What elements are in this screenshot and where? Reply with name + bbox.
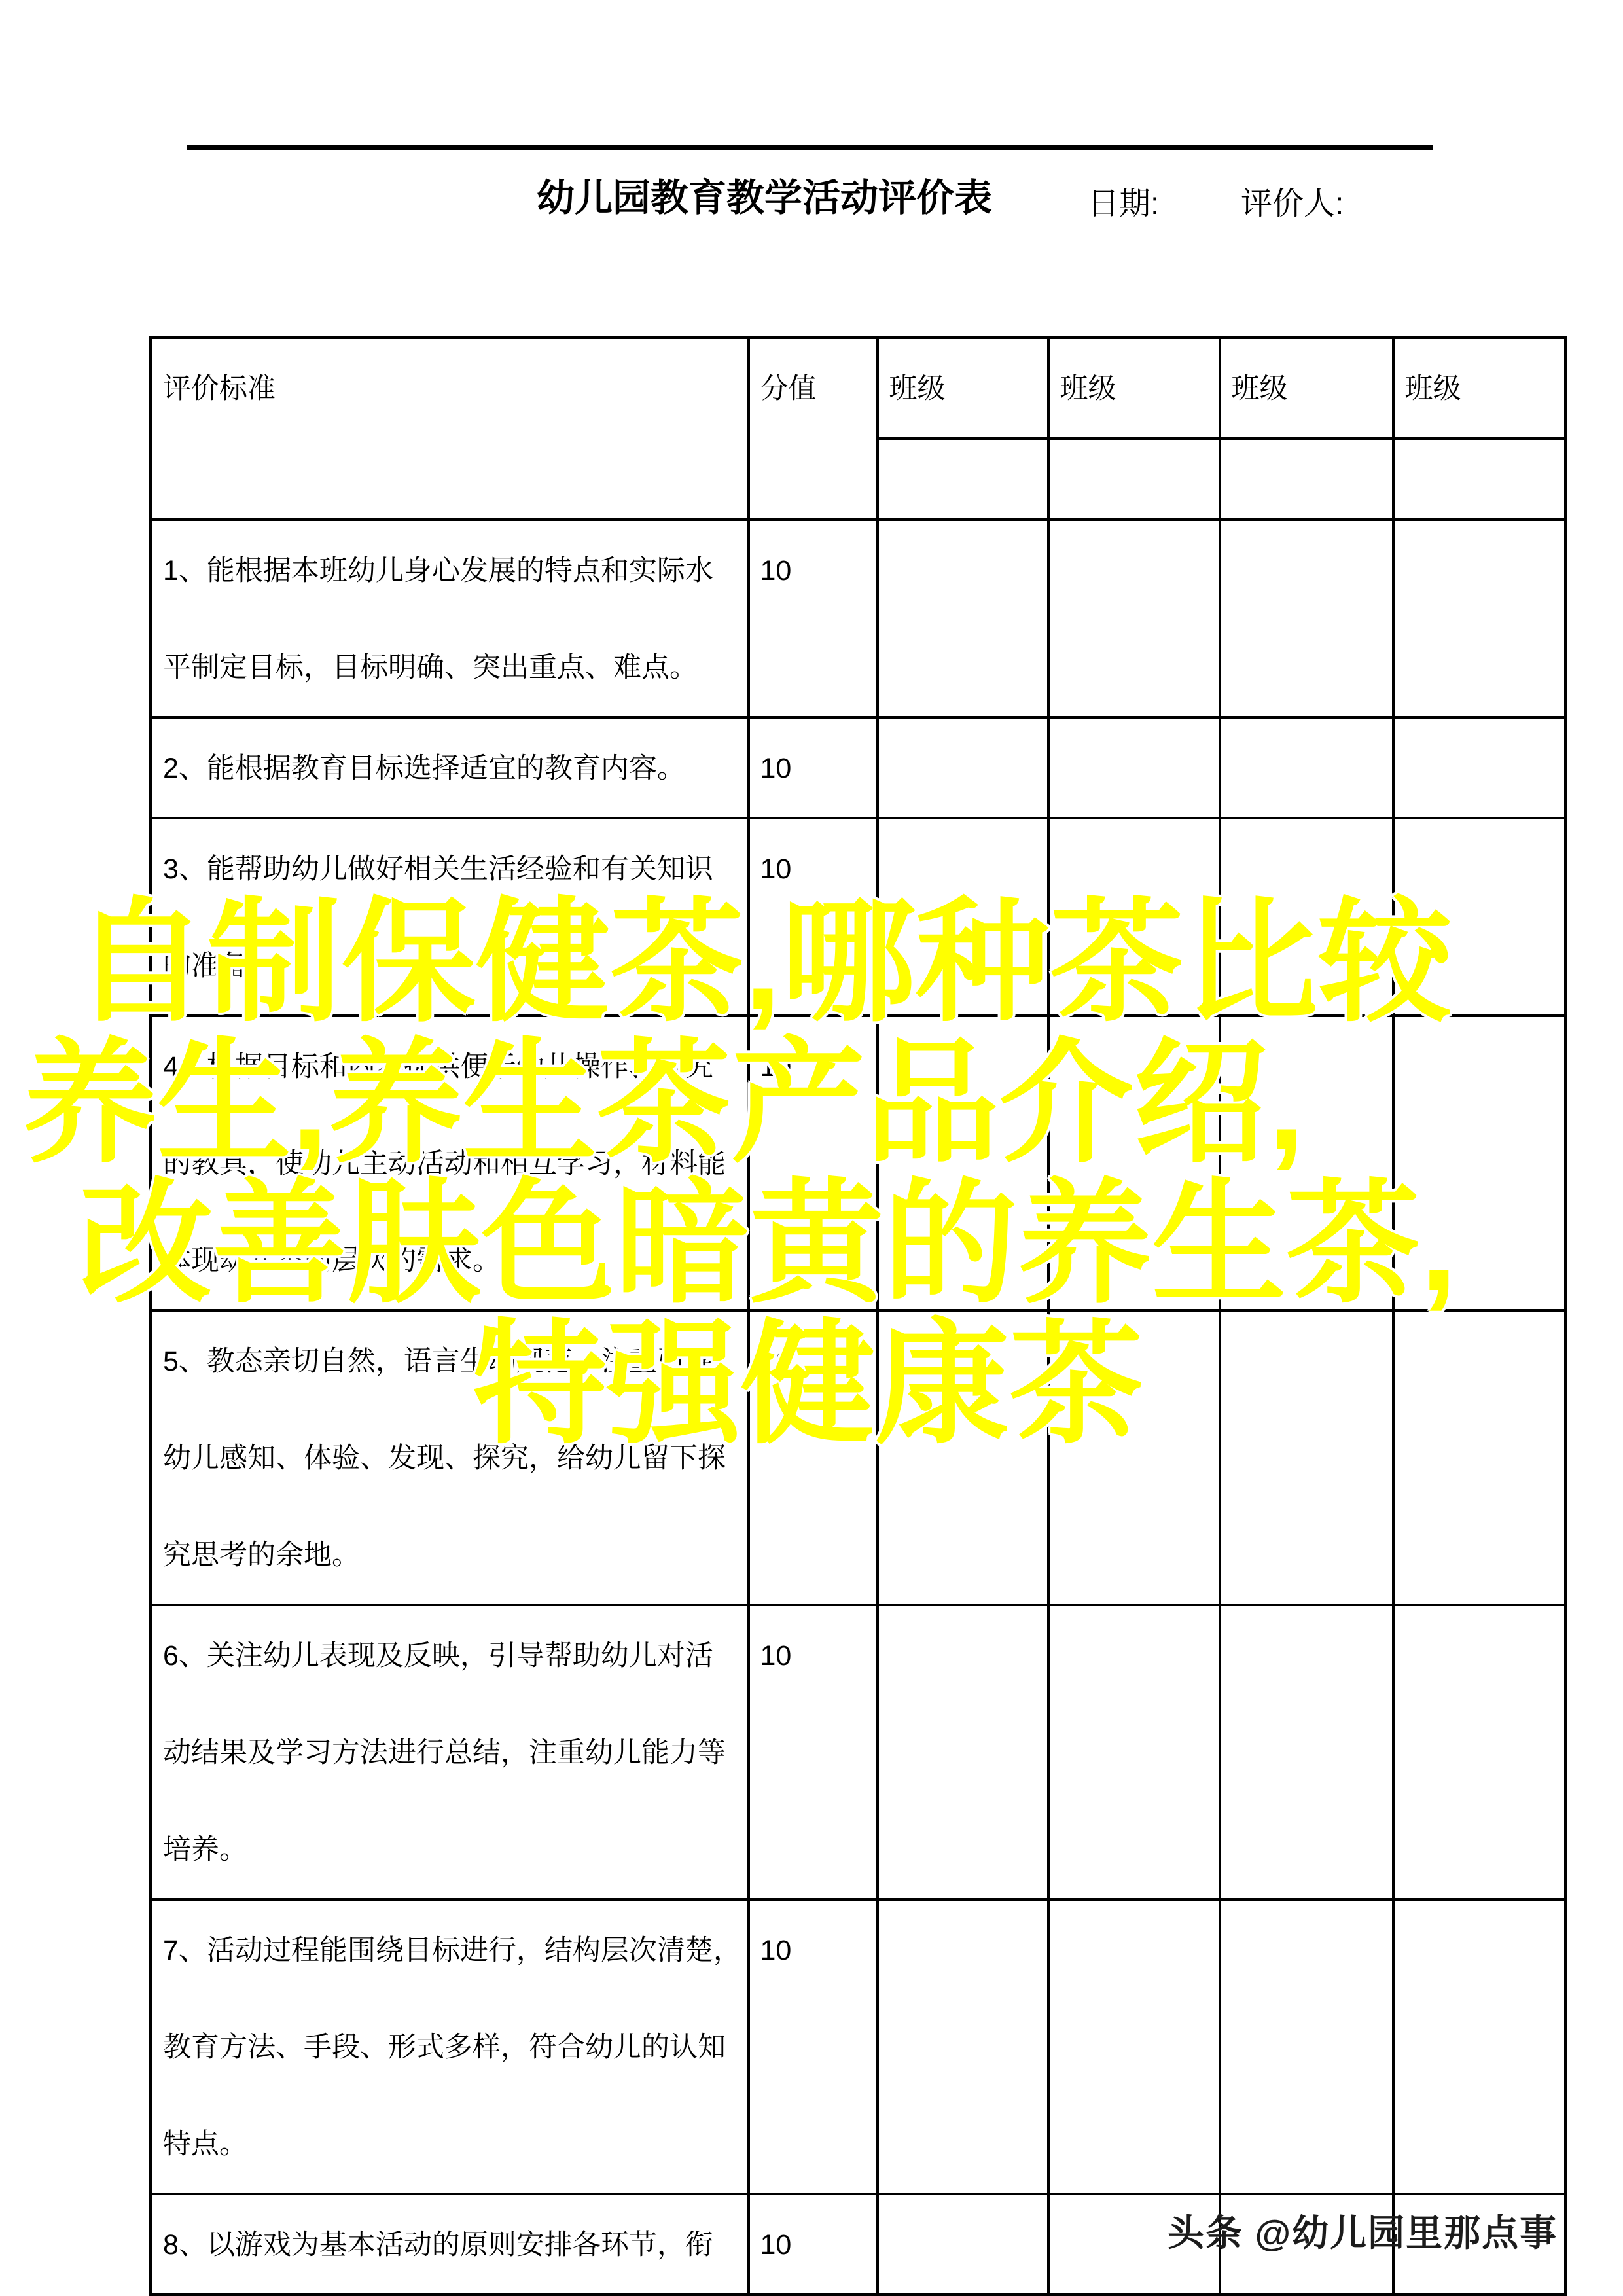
- document-page: 幼儿园教育教学活动评价表 日期: 评价人: 评价标准 分值 班级 班级 班级 班…: [0, 0, 1623, 2296]
- score-cell: 10: [749, 2194, 878, 2295]
- class-score-cell: [878, 520, 1048, 717]
- criteria-cell: 7、活动过程能围绕目标进行，结构层次清楚， 教育方法、手段、形式多样，符合幼儿的…: [151, 1899, 749, 2194]
- class-score-cell: [1393, 1605, 1566, 1899]
- score-cell: 10: [749, 1899, 878, 2194]
- criteria-cell: 5、教态亲切自然，语言生动规范，注重引导 幼儿感知、体验、发现、探究，给幼儿留下…: [151, 1310, 749, 1605]
- header-class-2: 班级: [1048, 338, 1220, 439]
- class-score-cell: [1393, 1310, 1566, 1605]
- class-score-cell: [878, 1899, 1048, 2194]
- table-row: 1、能根据本班幼儿身心发展的特点和实际水 平制定目标，目标明确、突出重点、难点。…: [151, 520, 1566, 717]
- class-score-cell: [1393, 717, 1566, 818]
- class-score-cell: [1048, 1605, 1220, 1899]
- class-score-cell: [1220, 717, 1393, 818]
- criteria-cell: 8、以游戏为基本活动的原则安排各环节，衔: [151, 2194, 749, 2295]
- score-cell: 10: [749, 818, 878, 1016]
- class-score-cell: [1048, 1016, 1220, 1310]
- page-title: 幼儿园教育教学活动评价表: [537, 179, 992, 217]
- source-credit: 头条 @幼儿园里那点事: [1168, 2204, 1558, 2257]
- class-score-cell: [1048, 1310, 1220, 1605]
- class-score-cell: [878, 1310, 1048, 1605]
- criteria-cell: 6、关注幼儿表现及反映，引导帮助幼儿对活 动结果及学习方法进行总结，注重幼儿能力…: [151, 1605, 749, 1899]
- class-score-cell: [1220, 520, 1393, 717]
- table-row: 2、能根据教育目标选择适宜的教育内容。 10: [151, 717, 1566, 818]
- criteria-cell: 1、能根据本班幼儿身心发展的特点和实际水 平制定目标，目标明确、突出重点、难点。: [151, 520, 749, 717]
- class-score-cell: [1393, 520, 1566, 717]
- class-score-cell: [1393, 1899, 1566, 2194]
- evaluator-label: 评价人:: [1241, 188, 1344, 220]
- class-score-cell: [878, 818, 1048, 1016]
- table-row: 5、教态亲切自然，语言生动规范，注重引导 幼儿感知、体验、发现、探究，给幼儿留下…: [151, 1310, 1566, 1605]
- header-rule: [187, 145, 1433, 150]
- table-row: 6、关注幼儿表现及反映，引导帮助幼儿对活 动结果及学习方法进行总结，注重幼儿能力…: [151, 1605, 1566, 1899]
- class-score-cell: [1220, 1899, 1393, 2194]
- class-score-cell: [878, 1605, 1048, 1899]
- class-score-cell: [1220, 818, 1393, 1016]
- table-row: 3、能帮助幼儿做好相关生活经验和有关知识 的准备。 10: [151, 818, 1566, 1016]
- evaluation-table: 评价标准 分值 班级 班级 班级 班级 1、能根据本班幼儿身心发展的特点和实际水…: [149, 336, 1567, 2296]
- table-row: 7、活动过程能围绕目标进行，结构层次清楚， 教育方法、手段、形式多样，符合幼儿的…: [151, 1899, 1566, 2194]
- score-cell: 10: [749, 1310, 878, 1605]
- class-score-cell: [1048, 818, 1220, 1016]
- header-class-4: 班级: [1393, 338, 1566, 439]
- class-score-cell: [878, 717, 1048, 818]
- score-cell: 10: [749, 717, 878, 818]
- class-score-cell: [1220, 1310, 1393, 1605]
- header-criteria: 评价标准: [151, 338, 749, 520]
- class-score-cell: [878, 2194, 1048, 2295]
- class-score-cell: [1393, 818, 1566, 1016]
- class-score-cell: [1220, 1016, 1393, 1310]
- header-class-3: 班级: [1220, 338, 1393, 439]
- class-score-cell: [878, 1016, 1048, 1310]
- criteria-cell: 4、根据目标和内容提供便于幼儿操作、探究 的教具，使幼儿主动活动和相互学习，材料…: [151, 1016, 749, 1310]
- class-score-cell: [1220, 1605, 1393, 1899]
- score-cell: 10: [749, 1016, 878, 1310]
- criteria-cell: 2、能根据教育目标选择适宜的教育内容。: [151, 717, 749, 818]
- score-cell: 10: [749, 1605, 878, 1899]
- class-name-cell: [1048, 439, 1220, 520]
- header-class-1: 班级: [878, 338, 1048, 439]
- table-row: 4、根据目标和内容提供便于幼儿操作、探究 的教具，使幼儿主动活动和相互学习，材料…: [151, 1016, 1566, 1310]
- class-name-cell: [1220, 439, 1393, 520]
- class-score-cell: [1048, 1899, 1220, 2194]
- criteria-cell: 3、能帮助幼儿做好相关生活经验和有关知识 的准备。: [151, 818, 749, 1016]
- class-name-cell: [878, 439, 1048, 520]
- class-score-cell: [1048, 717, 1220, 818]
- date-label: 日期:: [1088, 188, 1159, 220]
- class-name-cell: [1393, 439, 1566, 520]
- header-score: 分值: [749, 338, 878, 520]
- class-score-cell: [1048, 520, 1220, 717]
- table-header-row: 评价标准 分值 班级 班级 班级 班级: [151, 338, 1566, 439]
- score-cell: 10: [749, 520, 878, 717]
- class-score-cell: [1393, 1016, 1566, 1310]
